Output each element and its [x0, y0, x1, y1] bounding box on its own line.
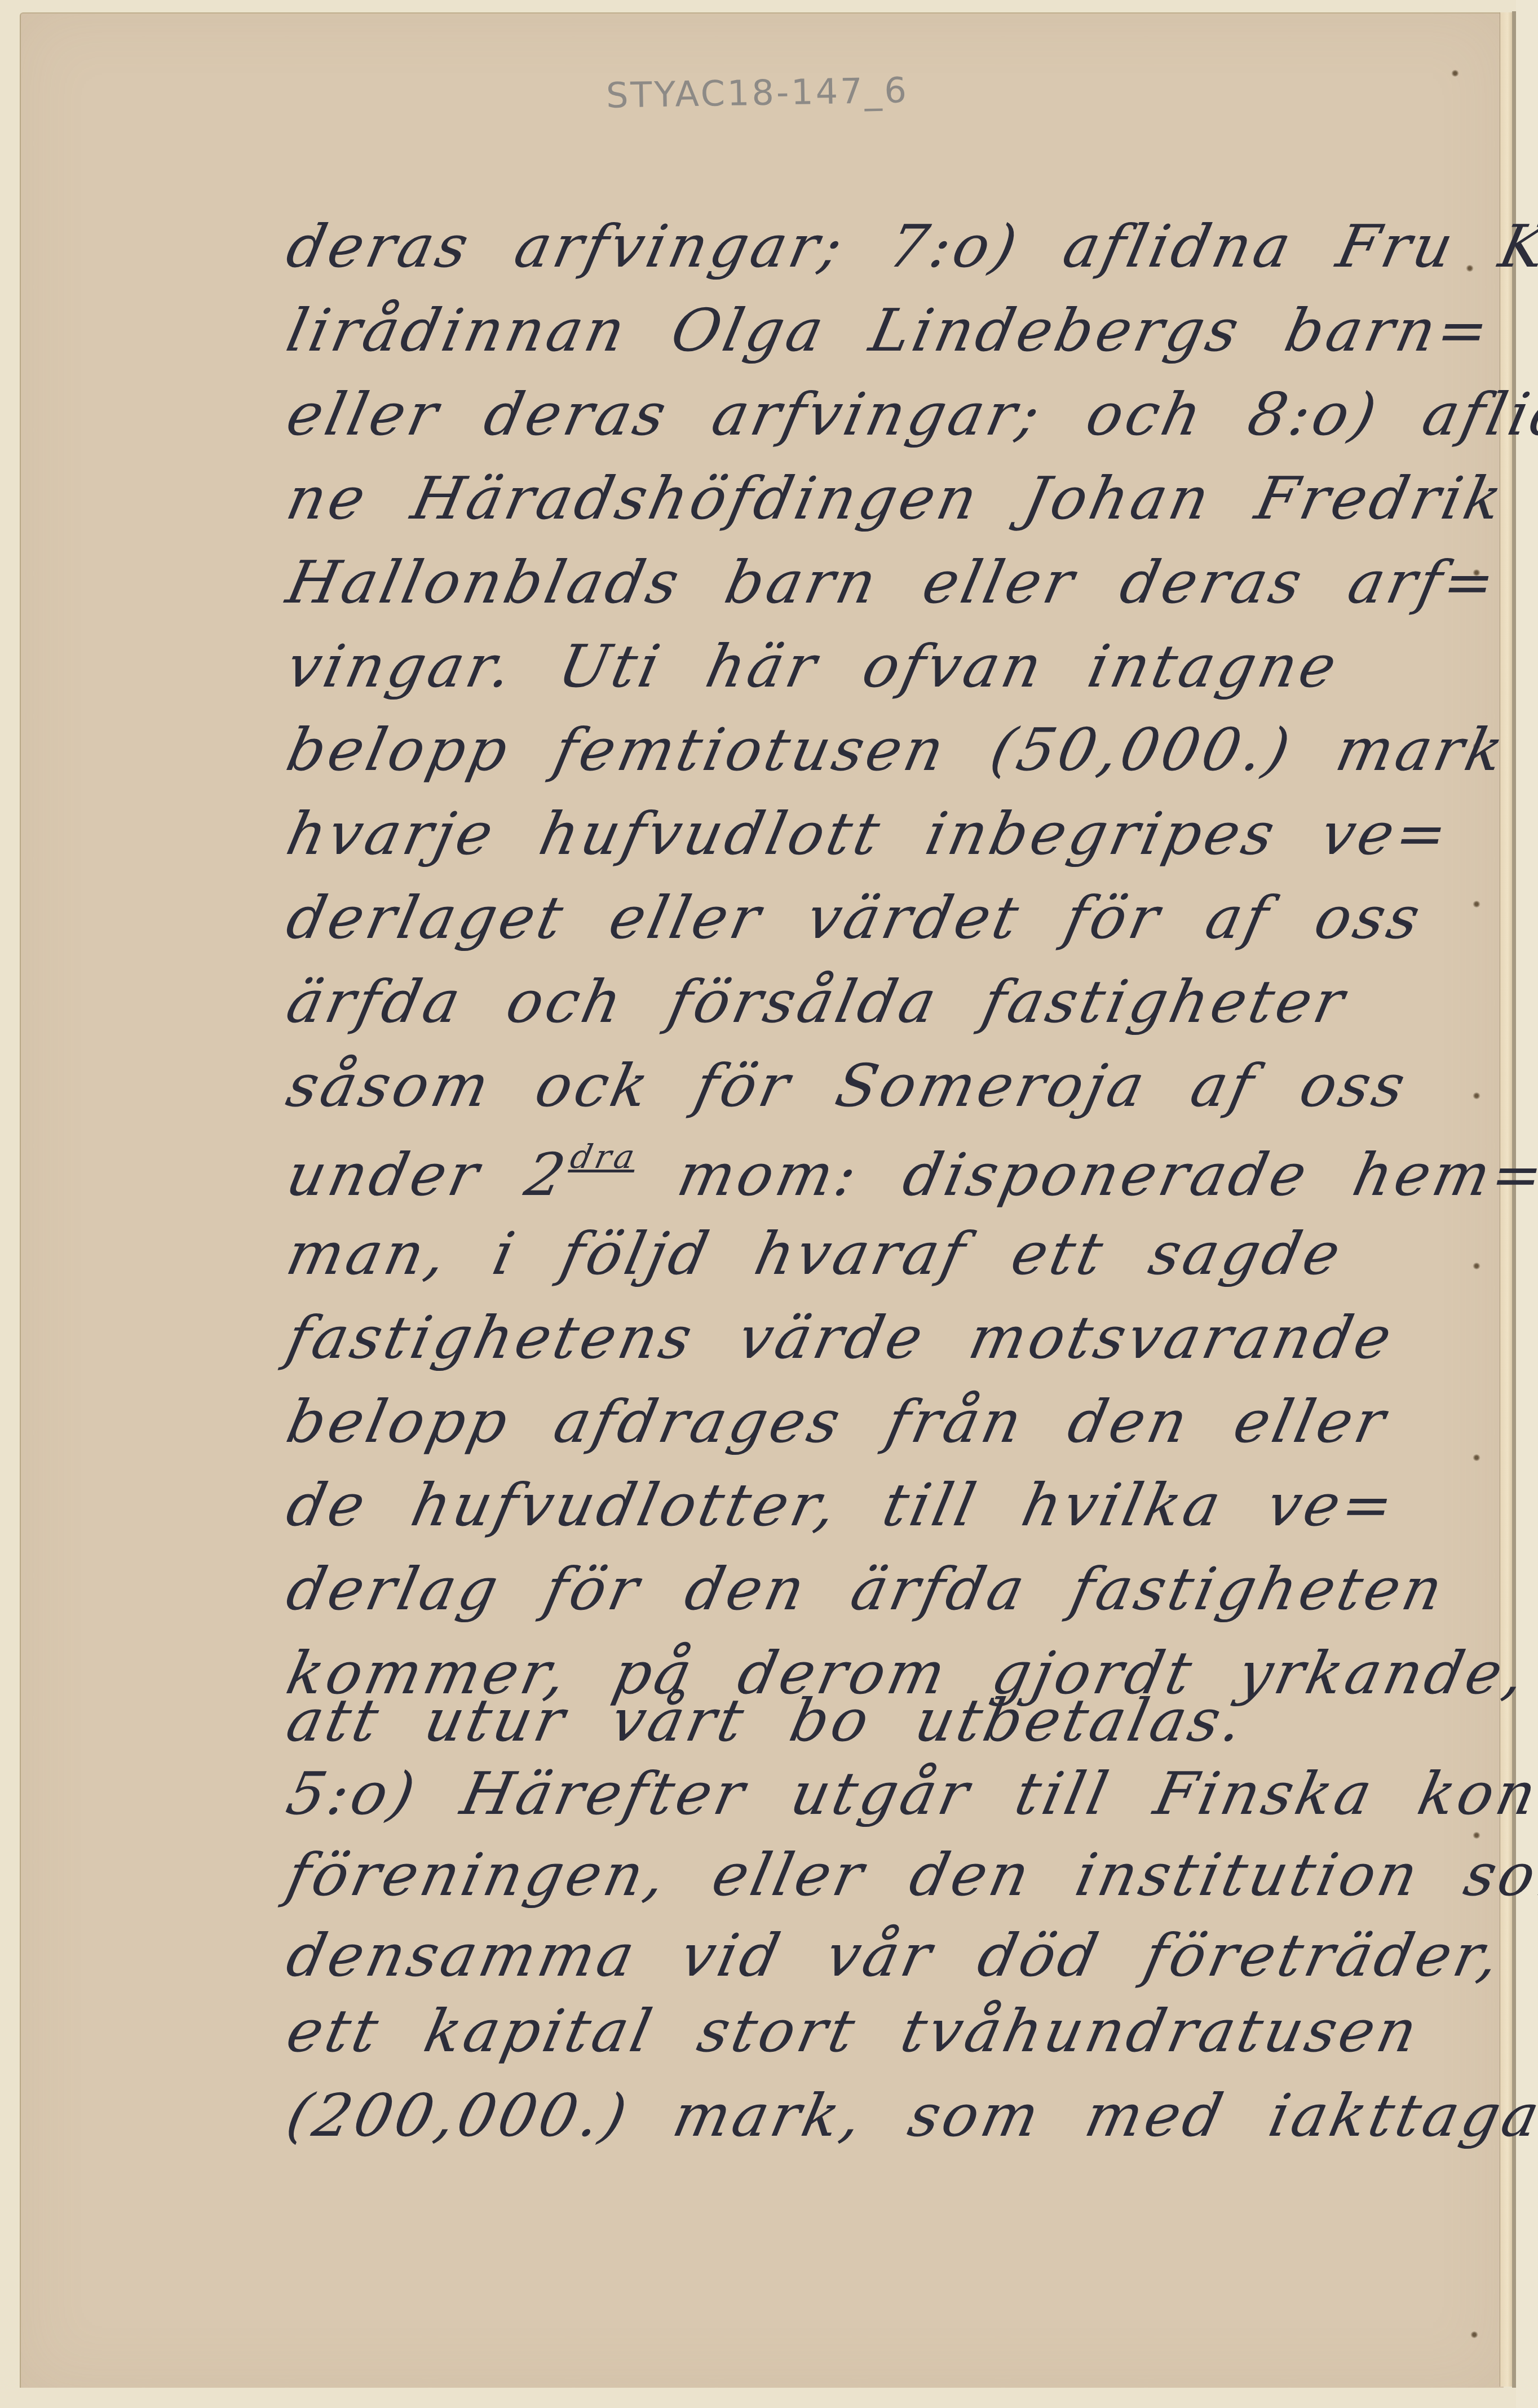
- pinhole-mark: [1473, 1454, 1480, 1461]
- text-line-20: 5:o) Härefter utgår till Finska kontt=: [282, 1764, 1512, 1823]
- text-line-1: deras arfvingar; 7:o) aflidna Fru Kans=: [282, 217, 1512, 276]
- text-line-7: belopp femtiotusen (50,000.) mark för: [282, 720, 1512, 779]
- text-line-15: belopp afdrages från den eller: [282, 1392, 1512, 1451]
- text-line-12-after: mom: disponerade hem=: [626, 1140, 1538, 1209]
- text-line-17: derlag för den ärfda fastigheten: [282, 1560, 1512, 1618]
- text-line-5: Hallonblads barn eller deras arf=: [282, 553, 1512, 612]
- text-line-19: att utur vårt bo utbetalas.: [282, 1691, 1512, 1750]
- text-line-23: ett kapital stort tvåhundratusen: [282, 2002, 1512, 2060]
- text-line-3: eller deras arfvingar; och 8:o) aflid=: [282, 385, 1512, 444]
- ordinal-superscript: dra: [567, 1137, 642, 1176]
- text-line-13: man, i följd hvaraf ett sagde: [282, 1224, 1512, 1283]
- pinhole-mark: [1451, 70, 1459, 77]
- text-line-9: derlaget eller värdet för af oss: [282, 888, 1512, 947]
- text-line-10: ärfda och försålda fastigheter: [282, 972, 1512, 1031]
- text-line-12-before: under 2: [281, 1140, 574, 1209]
- pinhole-mark: [1473, 1832, 1480, 1839]
- text-line-8: hvarje hufvudlott inbegripes ve=: [282, 804, 1512, 863]
- text-line-24: (200,000.) mark, som med iakttagande: [282, 2086, 1512, 2145]
- text-line-2: lirådinnan Olga Lindebergs barn=: [282, 301, 1512, 360]
- text-line-16: de hufvudlotter, till hvilka ve=: [282, 1476, 1512, 1534]
- text-line-6: vingar. Uti här ofvan intagne: [282, 637, 1512, 696]
- archive-reference-pencil: STYAC18-147_6: [606, 69, 909, 116]
- text-line-21: föreningen, eller den institution som: [282, 1845, 1512, 1904]
- pinhole-mark: [1470, 2331, 1478, 2338]
- text-line-14: fastighetens värde motsvarande: [282, 1308, 1512, 1367]
- text-line-4: ne Häradshöfdingen Johan Fredrik: [282, 469, 1512, 528]
- text-line-22: densamma vid vår död företräder,: [282, 1926, 1512, 1985]
- text-line-11: såsom ock för Someroja af oss: [282, 1056, 1512, 1115]
- text-line-12: under 2dra mom: disponerade hem=: [282, 1140, 1513, 1204]
